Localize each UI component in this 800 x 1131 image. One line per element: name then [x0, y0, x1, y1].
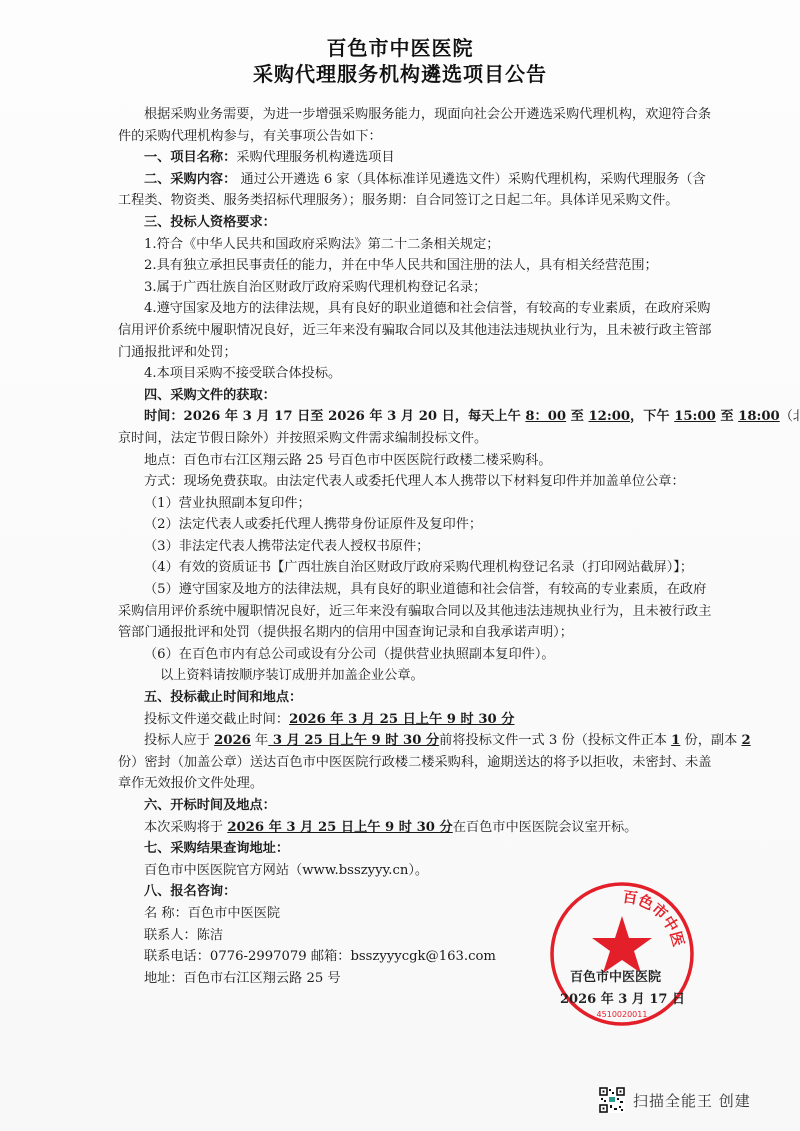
procurement-content: 通过公开遴选 6 家（具体标准详见遴选文件）采购代理机构，采购代理服务（含 — [236, 172, 705, 187]
submission-text: 年 — [251, 733, 268, 748]
time-text: ，下午 — [630, 409, 674, 424]
bid-submission: 投标人应于 2026 年 3 月 25 日上午 9 时 30 分前将投标文件一式… — [118, 730, 718, 752]
time-value: 12:00 — [588, 409, 630, 424]
section-heading: 一、项目名称： — [144, 150, 236, 165]
section-1: 一、项目名称：采购代理服务机构遴选项目 — [118, 147, 718, 169]
acquisition-place: 地点：百色市右江区翔云路 25 号百色市中医医院行政楼二楼采购科。 — [118, 450, 718, 472]
project-name: 采购代理服务机构遴选项目 — [236, 150, 394, 165]
material-item: （6）在百色市内有总公司或设有分公司（提供营业执照副本复印件）。 — [118, 644, 718, 666]
procurement-content: 工程类、物资类、服务类招标代理服务）；服务期：自合同签订之日起二年。具体详见采购… — [118, 190, 718, 212]
document-page: 百色市中医医院 采购代理服务机构遴选项目公告 根据采购业务需要，为进一步增强采购… — [0, 0, 800, 1131]
intro-text: 件的采购代理机构参与，有关事项公告如下： — [118, 126, 718, 148]
section-heading: 三、投标人资格要求： — [118, 212, 718, 234]
announcement-body: 根据采购业务需要，为进一步增强采购服务能力，现面向社会公开遴选采购代理机构，欢迎… — [118, 104, 718, 989]
qualification-item: 门通报批评和处罚； — [118, 342, 718, 364]
acquisition-time: 时间：2026 年 3 月 17 日至 2026 年 3 月 20 日，每天上午… — [118, 406, 718, 428]
page-title-announcement: 采购代理服务机构遴选项目公告 — [0, 58, 800, 87]
time-value: 18:00 — [738, 409, 780, 424]
section-2: 二、采购内容： 通过公开遴选 6 家（具体标准详见遴选文件）采购代理机构，采购代… — [118, 169, 718, 191]
material-item: （5）遵守国家及地方的法律法规，具有良好的职业道德和社会信誉，有较高的专业素质，… — [118, 579, 718, 601]
qualification-item: 4.遵守国家及地方的法律法规，具有良好的职业道德和社会信誉，有较高的专业素质，在… — [118, 298, 718, 320]
section-heading: 二、采购内容： — [144, 172, 236, 187]
submission-text: 份，副本 — [680, 733, 741, 748]
material-item: （2）法定代表人或委托代理人携带身份证原件及复印件； — [118, 514, 718, 536]
seal-date: 2026 年 3 月 17 日 — [560, 988, 685, 1007]
seal-org-name: 百色市中医医院 — [570, 966, 661, 985]
time-text: （北 — [780, 409, 800, 424]
page-title-hospital: 百色市中医医院 — [0, 32, 800, 61]
bid-deadline: 投标文件递交截止时间：2026 年 3 月 25 日上午 9 时 30 分 — [118, 709, 718, 731]
scanner-watermark: 扫描全能王 创建 — [599, 1085, 751, 1115]
material-item: （4）有效的资质证书【广西壮族自治区财政厅政府采购代理机构登记名录（打印网站截屏… — [118, 557, 718, 579]
section-heading: 四、采购文件的获取： — [118, 385, 718, 407]
section-heading: 七、采购结果查询地址： — [118, 838, 718, 860]
time-text: 时间：2026 年 3 月 17 日至 2026 年 3 月 20 日，每天上午 — [144, 409, 525, 424]
material-item: 采购信用评价系统中履职情况良好，近三年来没有骗取合同以及其他违法违规执业行为，且… — [118, 601, 718, 623]
qualification-item: 3.属于广西壮族自治区财政厅政府采购代理机构登记名录； — [118, 277, 718, 299]
original-count: 1 — [671, 733, 680, 748]
qualification-item: 信用评价系统中履职情况良好，近三年来没有骗取合同以及其他违法违规执业行为，且未被… — [118, 320, 718, 342]
time-value: 8：00 — [525, 409, 566, 424]
opening-date: 2026 年 3 月 25 日上午 9 时 30 分 — [227, 820, 452, 835]
time-text: 至 — [716, 409, 738, 424]
material-item: 管部门通报批评和处罚（提供报名期内的信用中国查询记录和自我承诺声明）； — [118, 622, 718, 644]
section-heading: 五、投标截止时间和地点： — [118, 687, 718, 709]
watermark-text: 扫描全能王 创建 — [633, 1090, 751, 1111]
time-text: 至 — [566, 409, 588, 424]
deadline-value: 2026 年 3 月 25 日上午 9 时 30 分 — [289, 712, 514, 727]
time-value: 15:00 — [674, 409, 716, 424]
result-website: 百色市中医医院官方网站（www.bsszyyy.cn）。 — [118, 860, 718, 882]
section-heading: 六、开标时间及地点： — [118, 795, 718, 817]
qualification-item: 4.本项目采购不接受联合体投标。 — [118, 363, 718, 385]
intro-text: 根据采购业务需要，为进一步增强采购服务能力，现面向社会公开遴选采购代理机构，欢迎… — [118, 104, 718, 126]
opening-text: 本次采购将于 — [144, 820, 227, 835]
material-item: （1）营业执照副本复印件； — [118, 493, 718, 515]
binding-note: 以上资料请按顺序装订成册并加盖企业公章。 — [118, 665, 718, 687]
bid-submission: 章作无效报价文件处理。 — [118, 773, 718, 795]
official-seal: 百色市中医医院 4510020011 百色市中医医院 2026 年 3 月 17… — [548, 880, 696, 1028]
acquisition-method: 方式：现场免费获取。由法定代表人或委托代理人本人携带以下材料复印件并加盖单位公章… — [118, 471, 718, 493]
bid-opening: 本次采购将于 2026 年 3 月 25 日上午 9 时 30 分在百色市中医医… — [118, 817, 718, 839]
seal-code: 4510020011 — [597, 1010, 648, 1019]
submission-text: 前将投标文件一式 3 份（投标文件正本 — [439, 733, 671, 748]
material-item: （3）非法定代表人携带法定代表人授权书原件； — [118, 536, 718, 558]
qualification-item: 2.具有独立承担民事责任的能力，并在中华人民共和国注册的法人，具有相关经营范围； — [118, 255, 718, 277]
qr-code-icon — [599, 1087, 625, 1113]
submission-date: 3 月 25 日上午 9 时 30 分 — [268, 733, 439, 748]
deadline-label: 投标文件递交截止时间： — [144, 712, 289, 727]
submission-text: 投标人应于 — [144, 733, 214, 748]
acquisition-time: 京时间，法定节假日除外）并按照采购文件需求编制投标文件。 — [118, 428, 718, 450]
opening-text: 在百色市中医医院会议室开标。 — [453, 820, 638, 835]
copy-count: 2 — [741, 733, 750, 748]
bid-submission: 份）密封（加盖公章）送达百色市中医医院行政楼二楼采购科，逾期送达的将予以拒收，未… — [118, 752, 718, 774]
submission-year: 2026 — [214, 733, 251, 748]
qualification-item: 1.符合《中华人民共和国政府采购法》第二十二条相关规定； — [118, 234, 718, 256]
